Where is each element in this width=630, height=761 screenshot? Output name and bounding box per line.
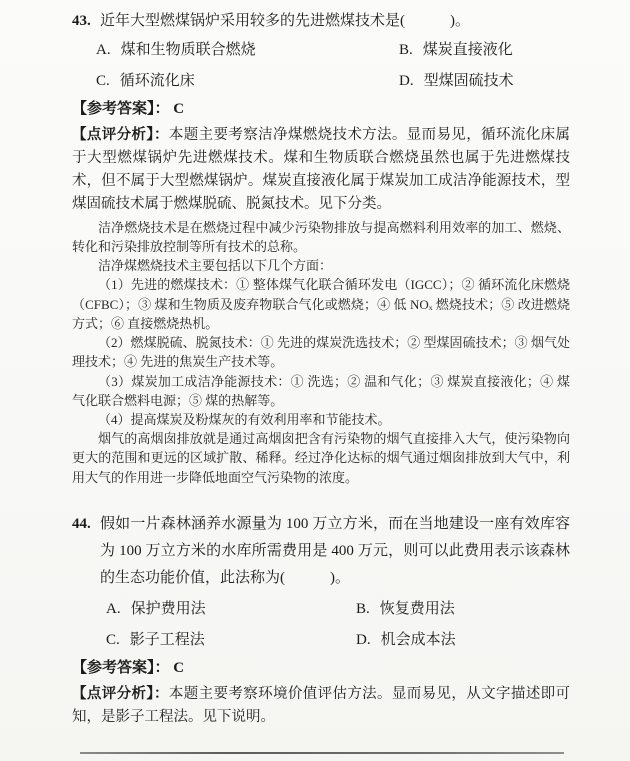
note-paragraph: （1）先进的燃煤技术：① 整体煤气化联合循环发电（IGCC）；② 循环流化床燃烧… <box>72 275 570 333</box>
option-43-a-text: 煤和生物质联合燃烧 <box>121 42 256 58</box>
option-43-d-text: 型煤固硫技术 <box>424 73 514 89</box>
question-43-options: A.煤和生物质联合燃烧 B.煤炭直接液化 C.循环流化床 D.型煤固硫技术 <box>72 43 570 89</box>
question-44: 44. 假如一片森林涵养水源量为 100 万立方米，而在当地建设一座有效库容为 … <box>72 511 570 729</box>
note-paragraph: （4）提高煤炭及粉煤灰的有效利用率和节能技术。 <box>72 410 570 429</box>
question-44-options: A.保护费用法 B.恢复费用法 C.影子工程法 D.机会成本法 <box>72 602 570 648</box>
analysis-43-heading: 【点评分析】： <box>72 127 169 143</box>
option-44-a-label: A. <box>106 601 121 617</box>
option-44-b-text: 恢复费用法 <box>380 601 455 617</box>
note-paragraph: 烟气的高烟囱排放就是通过高烟囱把含有污染物的烟气直接排入大气，使污染物向更大的范… <box>72 429 570 487</box>
option-44-a: A.保护费用法 <box>106 602 356 617</box>
question-44-text: 假如一片森林涵养水源量为 100 万立方米，而在当地建设一座有效库容为 100 … <box>100 511 570 592</box>
question-43-number: 43. <box>72 8 100 35</box>
page-footer-rule <box>80 752 564 754</box>
option-43-b-text: 煤炭直接液化 <box>423 42 513 58</box>
question-43-stem: 43. 近年大型燃煤锅炉采用较多的先进燃煤技术是( )。 <box>72 8 570 35</box>
question-44-stem: 44. 假如一片森林涵养水源量为 100 万立方米，而在当地建设一座有效库容为 … <box>72 511 570 592</box>
question-43: 43. 近年大型燃煤锅炉采用较多的先进燃煤技术是( )。 A.煤和生物质联合燃烧… <box>72 8 570 487</box>
analysis-44-heading: 【点评分析】： <box>72 686 169 702</box>
section-gap <box>72 487 570 511</box>
option-43-d-label: D. <box>399 73 414 89</box>
option-43-a: A.煤和生物质联合燃烧 <box>96 43 399 58</box>
option-43-c-text: 循环流化床 <box>120 73 195 89</box>
option-44-c-label: C. <box>106 632 120 648</box>
option-44-c-text: 影子工程法 <box>130 632 205 648</box>
question-44-analysis: 【点评分析】：本题主要考察环境价值评估方法。显而易见，从文字描述即可知，是影子工… <box>72 683 570 729</box>
answer-44-heading: 【参考答案】 <box>72 660 155 676</box>
question-44-number: 44. <box>72 511 100 592</box>
option-43-c-label: C. <box>96 73 110 89</box>
answer-44-value: ： C <box>155 660 185 676</box>
option-43-c: C.循环流化床 <box>96 74 399 89</box>
option-44-d-text: 机会成本法 <box>381 632 456 648</box>
question-43-text: 近年大型燃煤锅炉采用较多的先进燃煤技术是( )。 <box>100 8 570 35</box>
question-43-analysis: 【点评分析】：本题主要考察洁净煤燃烧技术方法。显而易见，循环流化床属于大型燃煤锅… <box>72 124 570 216</box>
option-44-b: B.恢复费用法 <box>356 602 570 617</box>
option-44-d-label: D. <box>356 632 371 648</box>
answer-43-heading: 【参考答案】 <box>72 101 155 117</box>
note-paragraph: 洁净煤燃烧技术主要包括以下几个方面： <box>72 256 570 275</box>
answer-43-value: ： C <box>155 101 185 117</box>
option-44-c: C.影子工程法 <box>106 633 356 648</box>
question-43-notes: 洁净燃烧技术是在燃烧过程中减少污染物排放与提高燃料利用效率的加工、燃烧、转化和污… <box>72 218 570 487</box>
option-43-b-label: B. <box>399 42 413 58</box>
option-44-a-text: 保护费用法 <box>131 601 206 617</box>
note-paragraph: （2）燃煤脱硫、脱氮技术：① 先进的煤炭洗选技术；② 型煤固硫技术；③ 烟气处理… <box>72 333 570 371</box>
question-43-answer: 【参考答案】： C <box>72 99 570 120</box>
option-44-d: D.机会成本法 <box>356 633 570 648</box>
option-43-b: B.煤炭直接液化 <box>399 43 570 58</box>
note-paragraph: （3）煤炭加工成洁净能源技术：① 洗选；② 温和气化；③ 煤炭直接液化；④ 煤气… <box>72 372 570 410</box>
option-43-d: D.型煤固硫技术 <box>399 74 570 89</box>
scanned-exam-page: 43. 近年大型燃煤锅炉采用较多的先进燃煤技术是( )。 A.煤和生物质联合燃烧… <box>0 0 630 761</box>
option-43-a-label: A. <box>96 42 111 58</box>
question-44-answer: 【参考答案】： C <box>72 658 570 679</box>
option-44-b-label: B. <box>356 601 370 617</box>
note-paragraph: 洁净燃烧技术是在燃烧过程中减少污染物排放与提高燃料利用效率的加工、燃烧、转化和污… <box>72 218 570 256</box>
